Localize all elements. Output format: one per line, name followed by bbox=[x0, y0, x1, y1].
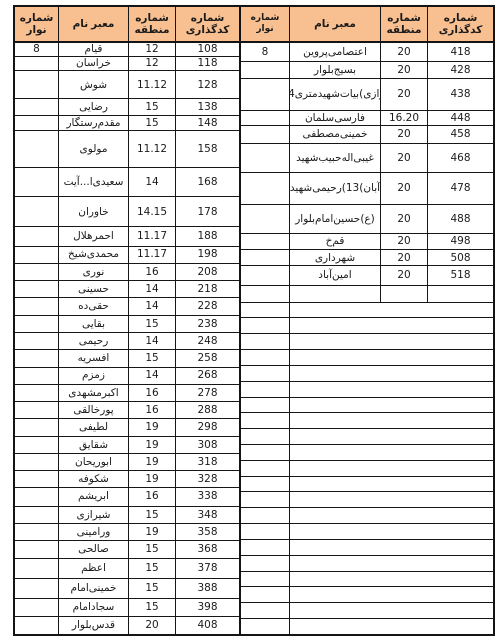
street-name-cell: شهيد رحيمی (13 آبان) bbox=[289, 173, 380, 204]
empty-district-cell bbox=[380, 286, 427, 302]
empty-merged-cell bbox=[289, 508, 493, 523]
tape-number-cell: 8 bbox=[15, 43, 58, 56]
code-number-cell: 358 bbox=[175, 524, 239, 540]
table-body-right: 8پروين اعتصامی20418بلوار بسيج2042824 متر… bbox=[241, 43, 493, 634]
empty-tape-cell bbox=[241, 603, 289, 618]
street-name-cell: شيخ محمدی bbox=[58, 247, 128, 263]
code-number-cell: 198 bbox=[175, 247, 239, 263]
street-name-cell: نوری bbox=[58, 264, 128, 280]
district-number-cell: 15 bbox=[128, 316, 175, 332]
table-row: شيرازی15348 bbox=[15, 506, 239, 523]
code-number-cell: 188 bbox=[175, 227, 239, 245]
table-row: خاوران14.15178 bbox=[15, 196, 239, 226]
tape-number-cell bbox=[15, 168, 58, 197]
empty-merged-cell bbox=[289, 524, 493, 539]
table-row: امام سجاد15398 bbox=[15, 598, 239, 615]
code-number-cell: 118 bbox=[175, 57, 239, 71]
code-number-cell: 408 bbox=[175, 617, 239, 634]
code-number-cell: 518 bbox=[427, 266, 493, 285]
street-name-cell: بلوار بسيج bbox=[289, 62, 380, 79]
street-name-cell: افسريه bbox=[58, 350, 128, 366]
street-name-cell: شهرداری bbox=[289, 250, 380, 265]
district-number-cell: 16 bbox=[128, 385, 175, 401]
table-row bbox=[241, 539, 493, 555]
code-number-cell: 138 bbox=[175, 99, 239, 114]
code-number-cell: 378 bbox=[175, 559, 239, 578]
table-row: آيت ا... سعيدی14168 bbox=[15, 167, 239, 197]
street-name-cell: شقايق bbox=[58, 437, 128, 453]
code-number-cell: 468 bbox=[427, 144, 493, 172]
tape-number-cell bbox=[15, 350, 58, 366]
table-row: زمزم14268 bbox=[15, 367, 239, 384]
empty-merged-cell bbox=[289, 587, 493, 602]
street-name-cell: امين‌آباد bbox=[289, 266, 380, 285]
empty-merged-cell bbox=[289, 461, 493, 476]
empty-merged-cell bbox=[289, 334, 493, 349]
empty-merged-cell bbox=[289, 398, 493, 413]
table-row: خ قم20498 bbox=[241, 233, 493, 250]
empty-merged-cell bbox=[289, 350, 493, 365]
table-row: مولوی11.12158 bbox=[15, 130, 239, 166]
district-number-cell: 19 bbox=[128, 524, 175, 540]
code-number-cell: 488 bbox=[427, 205, 493, 233]
empty-merged-cell bbox=[289, 556, 493, 571]
empty-street-name-cell bbox=[289, 286, 380, 302]
street-name-cell: حسينی bbox=[58, 281, 128, 297]
district-number-cell: 19 bbox=[128, 437, 175, 453]
column-header-code-number: شماره كدگذاری bbox=[427, 7, 493, 41]
district-number-cell: 19 bbox=[128, 454, 175, 470]
street-name-cell: شيرازی bbox=[58, 507, 128, 523]
tape-number-cell bbox=[15, 247, 58, 263]
table-row: بلوار امام حسين (ع)20488 bbox=[241, 204, 493, 233]
table-row: ابريشم16338 bbox=[15, 487, 239, 506]
column-header-tape-number: شماره نوار bbox=[241, 7, 289, 41]
tape-number-cell bbox=[15, 99, 58, 114]
table-row: نوری16208 bbox=[15, 263, 239, 280]
column-header-street-name: نام معبر bbox=[58, 7, 128, 41]
empty-merged-cell bbox=[289, 318, 493, 333]
district-number-cell: 15 bbox=[128, 507, 175, 523]
code-number-cell: 128 bbox=[175, 71, 239, 98]
empty-tape-cell bbox=[241, 587, 289, 602]
district-number-cell: 14.15 bbox=[128, 197, 175, 226]
street-name-cell: آيت ا... سعيدی bbox=[58, 168, 128, 197]
street-name-cell: مولوی bbox=[58, 131, 128, 166]
district-number-cell: 20 bbox=[380, 234, 427, 250]
code-number-cell: 448 bbox=[427, 111, 493, 125]
code-number-cell: 208 bbox=[175, 264, 239, 280]
tape-number-cell bbox=[15, 507, 58, 523]
table-row bbox=[241, 412, 493, 428]
district-number-cell: 15 bbox=[128, 599, 175, 615]
district-number-cell: 14 bbox=[128, 281, 175, 297]
street-name-cell: اعظم bbox=[58, 559, 128, 578]
empty-merged-cell bbox=[289, 492, 493, 507]
street-name-cell: خ قم bbox=[289, 234, 380, 250]
column-header-tape-number: شماره نوار bbox=[15, 7, 58, 41]
district-number-cell: 15 bbox=[128, 579, 175, 599]
table-row: حسينی14218 bbox=[15, 280, 239, 297]
street-name-cell: هلال احمر bbox=[58, 227, 128, 245]
table-row bbox=[241, 491, 493, 507]
street-name-cell: خراسان bbox=[58, 57, 128, 71]
tape-number-cell bbox=[15, 559, 58, 578]
code-number-cell: 228 bbox=[175, 298, 239, 314]
tape-number-cell bbox=[15, 385, 58, 401]
code-number-cell: 368 bbox=[175, 541, 239, 557]
district-number-cell: 16 bbox=[128, 264, 175, 280]
table-row: اكبرمشهدی16278 bbox=[15, 384, 239, 401]
tape-number-cell bbox=[15, 524, 58, 540]
empty-merged-cell bbox=[289, 303, 493, 318]
street-name-cell: امام سجاد bbox=[58, 599, 128, 615]
empty-merged-cell bbox=[289, 429, 493, 444]
code-number-cell: 478 bbox=[427, 173, 493, 204]
empty-tape-cell bbox=[241, 318, 289, 333]
street-name-cell: شهيد حبيب اله غيبی bbox=[289, 144, 380, 172]
table-row: صالحی15368 bbox=[15, 540, 239, 557]
empty-merged-cell bbox=[289, 603, 493, 618]
street-name-cell: 24 متری شهيد بيات (رازی) bbox=[289, 79, 380, 110]
table-row bbox=[241, 397, 493, 413]
header-row-right: شماره نوار نام معبر شماره منطقه شماره كد… bbox=[241, 7, 493, 43]
district-number-cell: 20 bbox=[380, 144, 427, 172]
code-number-cell: 328 bbox=[175, 471, 239, 486]
tape-number-cell bbox=[241, 126, 289, 144]
tape-number-cell bbox=[15, 264, 58, 280]
empty-tape-cell bbox=[241, 303, 289, 318]
code-number-cell: 218 bbox=[175, 281, 239, 297]
tape-number-cell bbox=[241, 234, 289, 250]
empty-tape-cell bbox=[241, 413, 289, 428]
empty-tape-cell bbox=[241, 477, 289, 492]
empty-tape-cell bbox=[241, 619, 289, 634]
tape-number-cell bbox=[15, 57, 58, 71]
table-row: ده حقی14228 bbox=[15, 297, 239, 314]
column-header-street-name: نام معبر bbox=[289, 7, 380, 41]
tape-number-cell bbox=[241, 250, 289, 265]
table-row: لطيفی19298 bbox=[15, 418, 239, 435]
table-row bbox=[241, 428, 493, 444]
tape-number-cell: 8 bbox=[241, 43, 289, 61]
empty-tape-cell bbox=[241, 366, 289, 381]
tape-number-cell bbox=[15, 71, 58, 98]
empty-merged-cell bbox=[289, 619, 493, 634]
empty-tape-cell bbox=[241, 572, 289, 587]
code-number-cell: 498 bbox=[427, 234, 493, 250]
column-header-district-number: شماره منطقه bbox=[128, 7, 175, 41]
table-row: شكوفه19328 bbox=[15, 470, 239, 486]
street-name-cell: اكبرمشهدی bbox=[58, 385, 128, 401]
district-number-cell: 15 bbox=[128, 116, 175, 130]
table-row: امين‌آباد20518 bbox=[241, 265, 493, 285]
table-row bbox=[241, 285, 493, 302]
tape-number-cell bbox=[15, 599, 58, 615]
code-number-cell: 428 bbox=[427, 62, 493, 79]
column-header-code-number: شماره كدگذاری bbox=[175, 7, 239, 41]
street-codes-table-right: شماره نوار نام معبر شماره منطقه شماره كد… bbox=[241, 5, 495, 636]
district-number-cell: 11.17 bbox=[128, 247, 175, 263]
tape-number-cell bbox=[15, 488, 58, 506]
table-row: بلوار بسيج20428 bbox=[241, 61, 493, 79]
tables-container: شماره نوار نام معبر شماره منطقه شماره كد… bbox=[13, 5, 495, 636]
table-row: مصطفی خمينی20458 bbox=[241, 125, 493, 144]
tape-number-cell bbox=[241, 111, 289, 125]
tape-number-cell bbox=[241, 205, 289, 233]
street-name-cell: ورامينی bbox=[58, 524, 128, 540]
tape-number-cell bbox=[15, 227, 58, 245]
tape-number-cell bbox=[15, 116, 58, 130]
code-number-cell: 248 bbox=[175, 333, 239, 349]
street-codes-table-left: شماره نوار نام معبر شماره منطقه شماره كد… bbox=[13, 5, 241, 636]
district-number-cell: 14 bbox=[128, 298, 175, 314]
code-number-cell: 158 bbox=[175, 131, 239, 166]
street-name-cell: مصطفی خمينی bbox=[289, 126, 380, 144]
district-number-cell: 20 bbox=[380, 173, 427, 204]
street-name-cell: سلمان فارسی bbox=[289, 111, 380, 125]
tape-number-cell bbox=[15, 281, 58, 297]
table-row: شهرداری20508 bbox=[241, 249, 493, 265]
street-name-cell: ابريشم bbox=[58, 488, 128, 506]
tape-number-cell bbox=[15, 454, 58, 470]
code-number-cell: 258 bbox=[175, 350, 239, 366]
district-number-cell: 11.12 bbox=[128, 131, 175, 166]
table-row: شيخ محمدی11.17198 bbox=[15, 246, 239, 263]
district-number-cell: 12 bbox=[128, 43, 175, 56]
empty-tape-cell bbox=[241, 445, 289, 460]
tape-number-cell bbox=[241, 144, 289, 172]
table-row: بقايی15238 bbox=[15, 315, 239, 332]
table-row: خراسان12118 bbox=[15, 56, 239, 71]
code-number-cell: 168 bbox=[175, 168, 239, 197]
table-row: هلال احمر11.17188 bbox=[15, 226, 239, 245]
code-number-cell: 238 bbox=[175, 316, 239, 332]
table-row: شوش11.12128 bbox=[15, 70, 239, 98]
table-row: شقايق19308 bbox=[15, 436, 239, 453]
code-number-cell: 438 bbox=[427, 79, 493, 110]
table-row: رحيمی14248 bbox=[15, 332, 239, 349]
street-name-cell: لطيفی bbox=[58, 419, 128, 435]
empty-code-cell bbox=[427, 286, 493, 302]
district-number-cell: 16 bbox=[128, 402, 175, 418]
district-number-cell: 20 bbox=[128, 617, 175, 634]
empty-tape-cell bbox=[241, 398, 289, 413]
table-row: بلوار قدس20408 bbox=[15, 616, 239, 634]
empty-merged-cell bbox=[289, 366, 493, 381]
table-row: افسريه15258 bbox=[15, 349, 239, 366]
street-name-cell: قيام bbox=[58, 43, 128, 56]
table-row: 8پروين اعتصامی20418 bbox=[241, 43, 493, 61]
table-row: شهيد حبيب اله غيبی20468 bbox=[241, 143, 493, 172]
table-row bbox=[241, 476, 493, 492]
table-row: سلمان فارسی16.20448 bbox=[241, 110, 493, 125]
code-number-cell: 398 bbox=[175, 599, 239, 615]
table-row bbox=[241, 602, 493, 618]
empty-merged-cell bbox=[289, 445, 493, 460]
table-row: خالقی پور16288 bbox=[15, 401, 239, 418]
table-body-left: 8قيام12108خراسان12118شوش11.12128رضايی151… bbox=[15, 43, 239, 634]
table-row: ورامينی19358 bbox=[15, 523, 239, 540]
street-name-cell: ده حقی bbox=[58, 298, 128, 314]
table-row bbox=[241, 302, 493, 318]
tape-number-cell bbox=[15, 419, 58, 435]
street-name-cell: خالقی پور bbox=[58, 402, 128, 418]
street-name-cell: شكوفه bbox=[58, 471, 128, 486]
street-name-cell: زمزم bbox=[58, 368, 128, 384]
empty-tape-cell bbox=[241, 492, 289, 507]
table-row bbox=[241, 317, 493, 333]
district-number-cell: 20 bbox=[380, 62, 427, 79]
street-name-cell: بلوار امام حسين (ع) bbox=[289, 205, 380, 233]
street-name-cell: پروين اعتصامی bbox=[289, 43, 380, 61]
empty-merged-cell bbox=[289, 382, 493, 397]
table-row bbox=[241, 555, 493, 571]
street-name-cell: رحيمی bbox=[58, 333, 128, 349]
tape-number-cell bbox=[15, 541, 58, 557]
tape-number-cell bbox=[15, 131, 58, 166]
table-row: اعظم15378 bbox=[15, 558, 239, 578]
tape-number-cell bbox=[15, 298, 58, 314]
empty-tape-cell bbox=[241, 350, 289, 365]
table-row bbox=[241, 523, 493, 539]
tape-number-cell bbox=[15, 316, 58, 332]
table-row: رضايی15138 bbox=[15, 98, 239, 114]
district-number-cell: 19 bbox=[128, 419, 175, 435]
tape-number-cell bbox=[15, 197, 58, 226]
code-number-cell: 388 bbox=[175, 579, 239, 599]
empty-merged-cell bbox=[289, 540, 493, 555]
district-number-cell: 15 bbox=[128, 350, 175, 366]
district-number-cell: 15 bbox=[128, 559, 175, 578]
table-row: رستگار مقدم15148 bbox=[15, 115, 239, 130]
empty-tape-cell bbox=[241, 508, 289, 523]
empty-tape-cell bbox=[241, 429, 289, 444]
district-number-cell: 20 bbox=[380, 43, 427, 61]
code-number-cell: 308 bbox=[175, 437, 239, 453]
district-number-cell: 16.20 bbox=[380, 111, 427, 125]
column-header-district-number: شماره منطقه bbox=[380, 7, 427, 41]
street-name-cell: بلوار قدس bbox=[58, 617, 128, 634]
street-name-cell: رستگار مقدم bbox=[58, 116, 128, 130]
empty-tape-cell bbox=[241, 286, 289, 302]
table-row bbox=[241, 571, 493, 587]
district-number-cell: 15 bbox=[128, 541, 175, 557]
empty-merged-cell bbox=[289, 413, 493, 428]
empty-tape-cell bbox=[241, 461, 289, 476]
tape-number-cell bbox=[241, 79, 289, 110]
district-number-cell: 19 bbox=[128, 471, 175, 486]
empty-tape-cell bbox=[241, 334, 289, 349]
district-number-cell: 20 bbox=[380, 79, 427, 110]
table-row bbox=[241, 444, 493, 460]
empty-tape-cell bbox=[241, 556, 289, 571]
table-row bbox=[241, 507, 493, 523]
code-number-cell: 338 bbox=[175, 488, 239, 506]
code-number-cell: 108 bbox=[175, 43, 239, 56]
tape-number-cell bbox=[15, 333, 58, 349]
district-number-cell: 14 bbox=[128, 168, 175, 197]
district-number-cell: 12 bbox=[128, 57, 175, 71]
district-number-cell: 14 bbox=[128, 368, 175, 384]
empty-merged-cell bbox=[289, 477, 493, 492]
table-row bbox=[241, 381, 493, 397]
tape-number-cell bbox=[241, 62, 289, 79]
tape-number-cell bbox=[15, 617, 58, 634]
table-row: 24 متری شهيد بيات (رازی)20438 bbox=[241, 78, 493, 110]
district-number-cell: 20 bbox=[380, 126, 427, 144]
district-number-cell: 20 bbox=[380, 205, 427, 233]
table-row bbox=[241, 365, 493, 381]
code-number-cell: 288 bbox=[175, 402, 239, 418]
tape-number-cell bbox=[15, 368, 58, 384]
table-row: 8قيام12108 bbox=[15, 43, 239, 56]
code-number-cell: 178 bbox=[175, 197, 239, 226]
tape-number-cell bbox=[15, 437, 58, 453]
code-number-cell: 148 bbox=[175, 116, 239, 130]
table-row: امام خمينی15388 bbox=[15, 578, 239, 599]
code-number-cell: 278 bbox=[175, 385, 239, 401]
street-name-cell: امام خمينی bbox=[58, 579, 128, 599]
code-number-cell: 508 bbox=[427, 250, 493, 265]
code-number-cell: 298 bbox=[175, 419, 239, 435]
street-name-cell: ابوريحان bbox=[58, 454, 128, 470]
table-row bbox=[241, 586, 493, 602]
tape-number-cell bbox=[241, 173, 289, 204]
district-number-cell: 20 bbox=[380, 266, 427, 285]
tape-number-cell bbox=[15, 471, 58, 486]
street-name-cell: خاوران bbox=[58, 197, 128, 226]
district-number-cell: 16 bbox=[128, 488, 175, 506]
street-name-cell: صالحی bbox=[58, 541, 128, 557]
empty-merged-cell bbox=[289, 572, 493, 587]
code-number-cell: 268 bbox=[175, 368, 239, 384]
tape-number-cell bbox=[15, 579, 58, 599]
empty-tape-cell bbox=[241, 524, 289, 539]
table-row bbox=[241, 333, 493, 349]
empty-tape-cell bbox=[241, 382, 289, 397]
table-row bbox=[241, 460, 493, 476]
empty-tape-cell bbox=[241, 540, 289, 555]
header-row-left: شماره نوار نام معبر شماره منطقه شماره كد… bbox=[15, 7, 239, 43]
code-number-cell: 458 bbox=[427, 126, 493, 144]
district-number-cell: 14 bbox=[128, 333, 175, 349]
table-row: شهيد رحيمی (13 آبان)20478 bbox=[241, 172, 493, 204]
street-name-cell: شوش bbox=[58, 71, 128, 98]
table-row bbox=[241, 349, 493, 365]
scanned-street-code-document: شماره نوار نام معبر شماره منطقه شماره كد… bbox=[0, 0, 497, 640]
district-number-cell: 20 bbox=[380, 250, 427, 265]
street-name-cell: رضايی bbox=[58, 99, 128, 114]
code-number-cell: 418 bbox=[427, 43, 493, 61]
code-number-cell: 318 bbox=[175, 454, 239, 470]
street-name-cell: بقايی bbox=[58, 316, 128, 332]
district-number-cell: 11.12 bbox=[128, 71, 175, 98]
table-row bbox=[241, 618, 493, 634]
district-number-cell: 15 bbox=[128, 99, 175, 114]
table-row: ابوريحان19318 bbox=[15, 453, 239, 470]
district-number-cell: 11.17 bbox=[128, 227, 175, 245]
code-number-cell: 348 bbox=[175, 507, 239, 523]
tape-number-cell bbox=[241, 266, 289, 285]
tape-number-cell bbox=[15, 402, 58, 418]
